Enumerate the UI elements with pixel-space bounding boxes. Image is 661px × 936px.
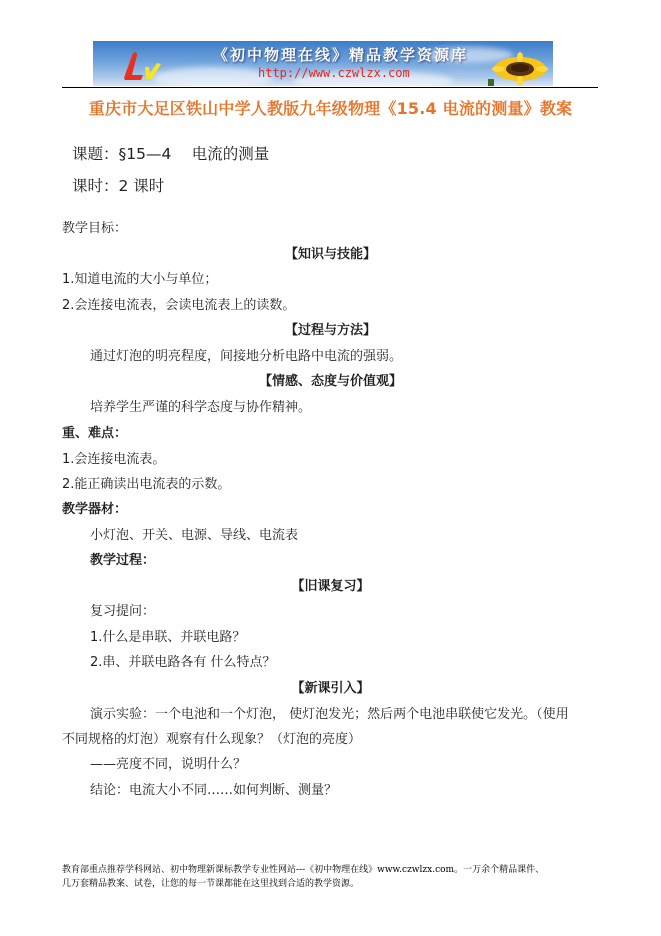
site-banner: 《初中物理在线》精品教学资源库 http://www.czwlzx.com: [93, 41, 553, 86]
knowledge-item: 2.会连接电流表，会读电流表上的读数。: [62, 294, 295, 313]
banner-url: http://www.czwlzx.com: [258, 66, 410, 80]
cloud-decoration: [153, 67, 273, 86]
objectives-label: 教学目标：: [62, 217, 127, 236]
review-prompt: 复习提问：: [90, 600, 155, 619]
document-title: 重庆市大足区铁山中学人教版九年级物理《15.4 电流的测量》教案: [0, 96, 661, 119]
course-hours: 课时：2 课时: [72, 174, 164, 196]
header-divider: [62, 87, 598, 88]
procedure-label: 教学过程：: [90, 549, 155, 568]
footer-line: 几万套精品教案、试卷，让您的每一节课都能在这里找到合适的教学资源。: [62, 877, 622, 891]
keypoints-item: 1.会连接电流表。: [62, 448, 165, 467]
emotion-heading: 【情感、态度与价值观】: [0, 370, 661, 389]
intro-question: ——亮度不同，说明什么？: [90, 753, 246, 772]
sunflower-image: [478, 49, 548, 86]
intro-heading: 【新课引入】: [0, 677, 661, 696]
logo-icon: [123, 49, 163, 83]
page-footer: 教育部重点推荐学科网站、初中物理新课标教学专业性网站---《初中物理在线》www…: [62, 863, 622, 891]
intro-demo-line: 不同规格的灯泡）观察有什么现象？（灯泡的亮度）: [62, 728, 361, 747]
review-item: 1.什么是串联、并联电路？: [90, 626, 245, 645]
intro-demo-line: 演示实验：一个电池和一个灯泡， 使灯泡发光；然后两个电池串联使它发光。（使用: [90, 703, 569, 722]
banner-title: 《初中物理在线》精品教学资源库: [213, 44, 473, 65]
emotion-text: 培养学生严谨的科学态度与协作精神。: [90, 396, 311, 415]
course-topic: 课题：§15—4 电流的测量: [72, 142, 269, 164]
keypoints-item: 2.能正确读出电流表的示数。: [62, 473, 230, 492]
footer-line: 教育部重点推荐学科网站、初中物理新课标教学专业性网站---《初中物理在线》www…: [62, 863, 622, 877]
equipment-label: 教学器材：: [62, 498, 127, 517]
process-text: 通过灯泡的明亮程度，间接地分析电路中电流的强弱。: [90, 345, 402, 364]
review-heading: 【旧课复习】: [0, 575, 661, 594]
knowledge-item: 1.知道电流的大小与单位；: [62, 268, 217, 287]
equipment-text: 小灯泡、开关、电源、导线、电流表: [90, 524, 298, 543]
intro-conclusion: 结论：电流大小不同……如何判断、测量？: [90, 779, 337, 798]
knowledge-heading: 【知识与技能】: [0, 243, 661, 262]
process-heading: 【过程与方法】: [0, 319, 661, 338]
keypoints-label: 重、难点：: [62, 422, 127, 441]
review-item: 2.串、并联电路各有 什么特点？: [90, 651, 276, 670]
